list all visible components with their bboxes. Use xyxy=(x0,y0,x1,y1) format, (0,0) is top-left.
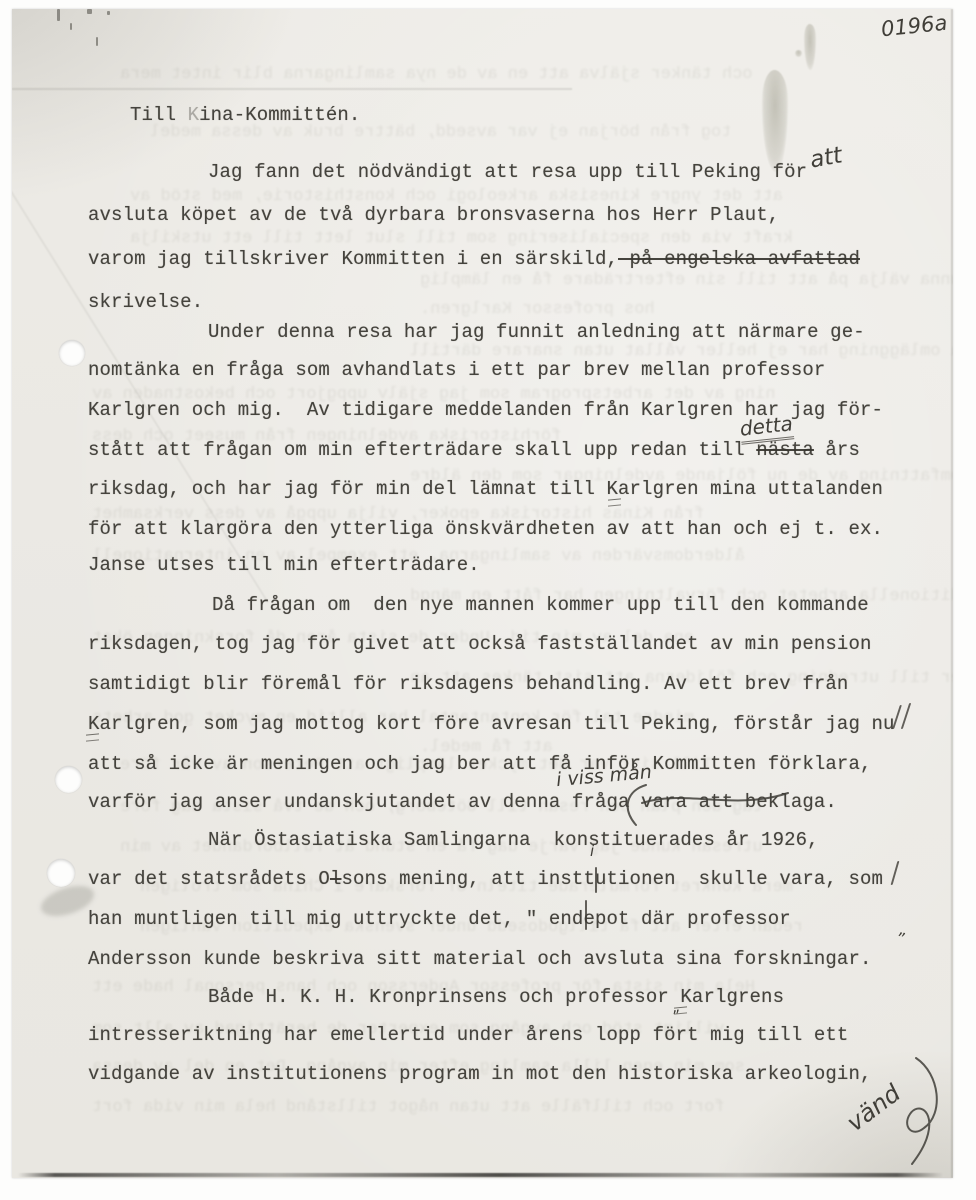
typed-segment: vidgande av institutionens program in mo… xyxy=(88,1063,872,1085)
typed-line: han muntligen till mig uttryckte det, " … xyxy=(88,908,791,932)
bleedthrough-line: penset kunna välja på att till sin efter… xyxy=(420,272,953,289)
vand-loop-stroke xyxy=(888,1056,948,1168)
typed-segment: sons mening, att insttutionen skulle var… xyxy=(342,868,884,890)
ink-stain-dot xyxy=(795,50,802,57)
typed-line: skrivelse. xyxy=(88,291,203,315)
word-division-stroke xyxy=(585,900,587,930)
typed-line: för att klargöra den ytterliga önskvärdh… xyxy=(88,518,883,542)
typed-segment: var det statsrådets O xyxy=(88,868,330,890)
typed-line: När Östasiatiska Samlingarna konstituera… xyxy=(208,829,819,853)
typed-segment: han muntligen till mig uttryckte det, " … xyxy=(88,908,791,930)
typed-line: att så icke är meningen och jag ber att … xyxy=(88,753,872,777)
typed-segment: riksdag, och har jag för min del lämnat … xyxy=(88,478,883,500)
typed-line: Andersson kunde beskriva sitt material o… xyxy=(88,948,872,972)
typed-segment: Andersson kunde beskriva sitt material o… xyxy=(88,948,872,970)
page-bottom-edge xyxy=(18,1173,943,1177)
typed-segment-faint: K xyxy=(188,104,200,126)
edge-speck xyxy=(87,9,92,14)
punch-hole xyxy=(59,340,85,366)
bleedthrough-line: kraft via den specialisering som till sl… xyxy=(130,230,793,247)
typed-segment: Både H. K. H. Kronprinsens och professor… xyxy=(208,986,784,1008)
typed-line: Till Kina-Kommittén. xyxy=(130,104,360,128)
typed-segment: för att klargöra den ytterliga önskvärdh… xyxy=(88,518,883,540)
letter-page: och tänker själva att en av de nya samli… xyxy=(12,9,953,1178)
handwritten-detta: detta xyxy=(739,411,795,444)
bleedthrough-line: att det yngre kinesiska arkeologi och ko… xyxy=(130,188,783,205)
typed-line: riksdag, och har jag för min del lämnat … xyxy=(88,478,883,502)
typed-segment: Då frågan om den nye mannen kommer upp t… xyxy=(212,594,869,616)
typed-line: Då frågan om den nye mannen kommer upp t… xyxy=(212,594,869,618)
typed-segment: skrivelse. xyxy=(88,291,203,313)
insert-i-caret-stroke xyxy=(595,867,597,893)
typed-line: avsluta köpet av de två dyrbara bronsvas… xyxy=(88,204,779,228)
typed-segment: nomtänka en fråga som avhandlats i ett p… xyxy=(88,359,825,381)
typed-line: var det statsrådets Olsons mening, att i… xyxy=(88,868,883,892)
ink-stain-small xyxy=(804,24,816,70)
capitalize-k-mark xyxy=(674,1006,687,1014)
typed-line: intresseriktning har emellertid under år… xyxy=(88,1024,848,1048)
typed-segment: Under denna resa har jag funnit anlednin… xyxy=(208,321,865,343)
edge-speck xyxy=(70,23,72,30)
ink-stain-large xyxy=(762,70,788,172)
handwritten-insert-i: i xyxy=(590,842,594,860)
bleedthrough-line: hos professor Karlgren. xyxy=(420,301,655,318)
bleedthrough-line: Men denna omläggning har ej heller vålla… xyxy=(410,343,953,360)
slash-mark xyxy=(891,861,900,885)
edge-speck xyxy=(96,37,98,46)
typed-line: Under denna resa har jag funnit anlednin… xyxy=(208,321,865,345)
punch-hole xyxy=(55,766,82,793)
typed-segment-strike: nästa xyxy=(756,439,814,461)
typed-segment: ina-Kommittén. xyxy=(199,104,360,126)
typed-segment: När Östasiatiska Samlingarna konstituera… xyxy=(208,829,819,851)
typed-segment: riksdagen, tog jag för givet att också f… xyxy=(88,633,872,655)
typed-line: vidgande av institutionens program in mo… xyxy=(88,1063,872,1087)
double-slash-mark xyxy=(901,703,911,729)
punch-hole xyxy=(47,859,75,887)
scanned-letter: och tänker själva att en av de nya samli… xyxy=(0,0,976,1200)
capitalize-k-mark xyxy=(86,733,99,741)
typed-segment: Janse utses till min efterträdare. xyxy=(88,554,480,576)
handwritten-quote-insert: ” xyxy=(895,929,906,949)
typed-segment-strike: på engelska avfattad xyxy=(618,248,860,270)
page-right-edge xyxy=(951,9,953,1178)
typed-segment: Till xyxy=(130,104,188,126)
capitalize-k-mark xyxy=(608,498,621,506)
handwritten-page-number: 0196a xyxy=(880,11,948,42)
bleedthrough-line: fort och tillfälle att utan något tillst… xyxy=(92,1099,725,1116)
typed-segment-strike: l xyxy=(330,868,342,890)
typed-segment: stått att frågan om min efterträdare ska… xyxy=(88,439,756,461)
typed-line: Jag fann det nödvändigt att resa upp til… xyxy=(208,161,807,185)
typed-segment: Karlgren, som jag mottog kort före avres… xyxy=(88,713,895,735)
typed-line: samtidigt blir föremål för riksdagens be… xyxy=(88,673,848,697)
typed-segment: intresseriktning har emellertid under år… xyxy=(88,1024,848,1046)
typed-segment: avsluta köpet av de två dyrbara bronsvas… xyxy=(88,204,779,226)
bleedthrough-line: och tänker själva att en av de nya samli… xyxy=(120,66,753,83)
handwritten-att: att xyxy=(808,142,844,173)
insertion-paren-swash xyxy=(612,781,792,826)
typed-segment: Jag fann det nödvändigt att resa upp til… xyxy=(208,161,807,183)
typed-line: Karlgren, som jag mottog kort före avres… xyxy=(88,713,895,737)
typed-line: Janse utses till min efterträdare. xyxy=(88,554,480,578)
typed-line: nomtänka en fråga som avhandlats i ett p… xyxy=(88,359,825,383)
typed-line: Både H. K. H. Kronprinsens och professor… xyxy=(208,986,784,1010)
typed-segment: års xyxy=(814,439,860,461)
typed-line: varom jag tillskriver Kommitten i en sär… xyxy=(88,248,860,272)
typed-segment: varom jag tillskriver Kommitten i en sär… xyxy=(88,248,618,270)
paper-crease-horizontal xyxy=(12,88,572,90)
typed-segment: samtidigt blir föremål för riksdagens be… xyxy=(88,673,848,695)
edge-speck xyxy=(107,11,110,15)
edge-speck xyxy=(57,9,60,21)
typed-segment: att så icke är meningen och jag ber att … xyxy=(88,753,872,775)
typed-line: riksdagen, tog jag för givet att också f… xyxy=(88,633,872,657)
